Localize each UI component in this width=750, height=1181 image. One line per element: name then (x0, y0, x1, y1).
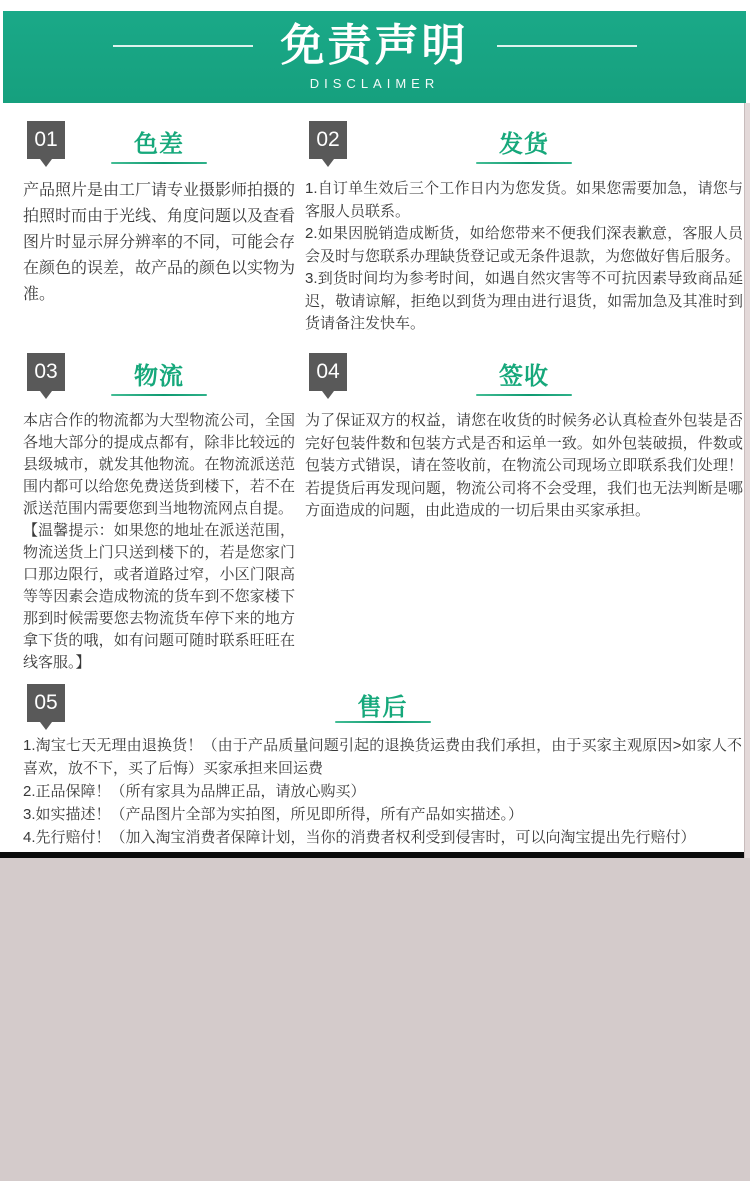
section-paragraph: 产品照片是由工厂请专业摄影师拍摄的拍照时而由于光线、角度问题以及查看图片时显示屏… (23, 178, 295, 308)
section-header: 02 发货 (305, 121, 743, 178)
decorative-line-left (113, 45, 253, 47)
title-underline (111, 162, 207, 164)
section-paragraph: 1.自订单生效后三个工作日内为您发货。如果您需要加急，请您与客服人员联系。 (305, 178, 743, 223)
section-paragraph: 2.如果因脱销造成断货，如给您带来不便我们深表歉意，客服人员会及时与您联系办理缺… (305, 223, 743, 268)
section-paragraph: 3.如实描述！（产品图片全部为实拍图，所见即所得，所有产品如实描述。） (23, 803, 742, 826)
section-body: 产品照片是由工厂请专业摄影师拍摄的拍照时而由于光线、角度问题以及查看图片时显示屏… (23, 178, 295, 308)
section-logistics: 03 物流 本店合作的物流都为大型物流公司，全国各地大部分的提成点都有，除非比较… (23, 353, 295, 674)
section-body: 1.淘宝七天无理由退换货！（由于产品质量问题引起的退换货运费由我们承担，由于买家… (23, 734, 742, 849)
section-body: 1.自订单生效后三个工作日内为您发货。如果您需要加急，请您与客服人员联系。 2.… (305, 178, 743, 336)
decorative-line-right (497, 45, 637, 47)
section-paragraph: 2.正品保障！（所有家具为品牌正品，请放心购买） (23, 780, 742, 803)
section-title: 物流 (23, 356, 295, 391)
section-title: 售后 (23, 687, 742, 722)
title-underline (111, 394, 207, 396)
section-paragraph: 4.先行赔付！（加入淘宝消费者保障计划，当你的消费者权利受到侵害时，可以向淘宝提… (23, 826, 742, 849)
section-shipping: 02 发货 1.自订单生效后三个工作日内为您发货。如果您需要加急，请您与客服人员… (305, 121, 743, 336)
header-banner: 免责声明 DISCLAIMER (3, 11, 746, 103)
section-body: 为了保证双方的权益，请您在收货的时候务必认真检查外包装是否完好包装件数和包装方式… (305, 410, 743, 523)
header-title-row: 免责声明 (85, 24, 665, 68)
title-underline (476, 394, 572, 396)
section-paragraph: 为了保证双方的权益，请您在收货的时候务必认真检查外包装是否完好包装件数和包装方式… (305, 410, 743, 523)
section-title: 签收 (305, 356, 743, 391)
section-header: 03 物流 (23, 353, 295, 410)
section-title: 色差 (23, 124, 295, 159)
title-underline (476, 162, 572, 164)
disclaimer-page: 免责声明 DISCLAIMER 01 色差 产品照片是由工厂请专业摄影师拍摄的拍… (0, 0, 750, 1181)
section-paragraph: 本店合作的物流都为大型物流公司，全国各地大部分的提成点都有，除非比较远的县级城市… (23, 410, 295, 520)
section-header: 01 色差 (23, 121, 295, 178)
section-paragraph: 1.淘宝七天无理由退换货！（由于产品质量问题引起的退换货运费由我们承担，由于买家… (23, 734, 742, 780)
page-title: 免责声明 (281, 24, 469, 68)
section-sign-receipt: 04 签收 为了保证双方的权益，请您在收货的时候务必认真检查外包装是否完好包装件… (305, 353, 743, 523)
section-header: 05 售后 (23, 684, 742, 734)
section-title: 发货 (305, 124, 743, 159)
section-color-difference: 01 色差 产品照片是由工厂请专业摄影师拍摄的拍照时而由于光线、角度问题以及查看… (23, 121, 295, 308)
section-paragraph: 3.到货时间均为参考时间，如遇自然灾害等不可抗因素导致商品延迟，敬请谅解，拒绝以… (305, 268, 743, 336)
title-underline (335, 721, 431, 723)
bottom-background-block (0, 858, 750, 1181)
page-edge-strip (744, 103, 750, 858)
page-subtitle: DISCLAIMER (310, 76, 439, 91)
section-paragraph: 【温馨提示：如果您的地址在派送范围，物流送货上门只送到楼下的，若是您家门口那边限… (23, 520, 295, 674)
section-header: 04 签收 (305, 353, 743, 410)
section-body: 本店合作的物流都为大型物流公司，全国各地大部分的提成点都有，除非比较远的县级城市… (23, 410, 295, 674)
section-after-sales: 05 售后 1.淘宝七天无理由退换货！（由于产品质量问题引起的退换货运费由我们承… (23, 684, 742, 849)
